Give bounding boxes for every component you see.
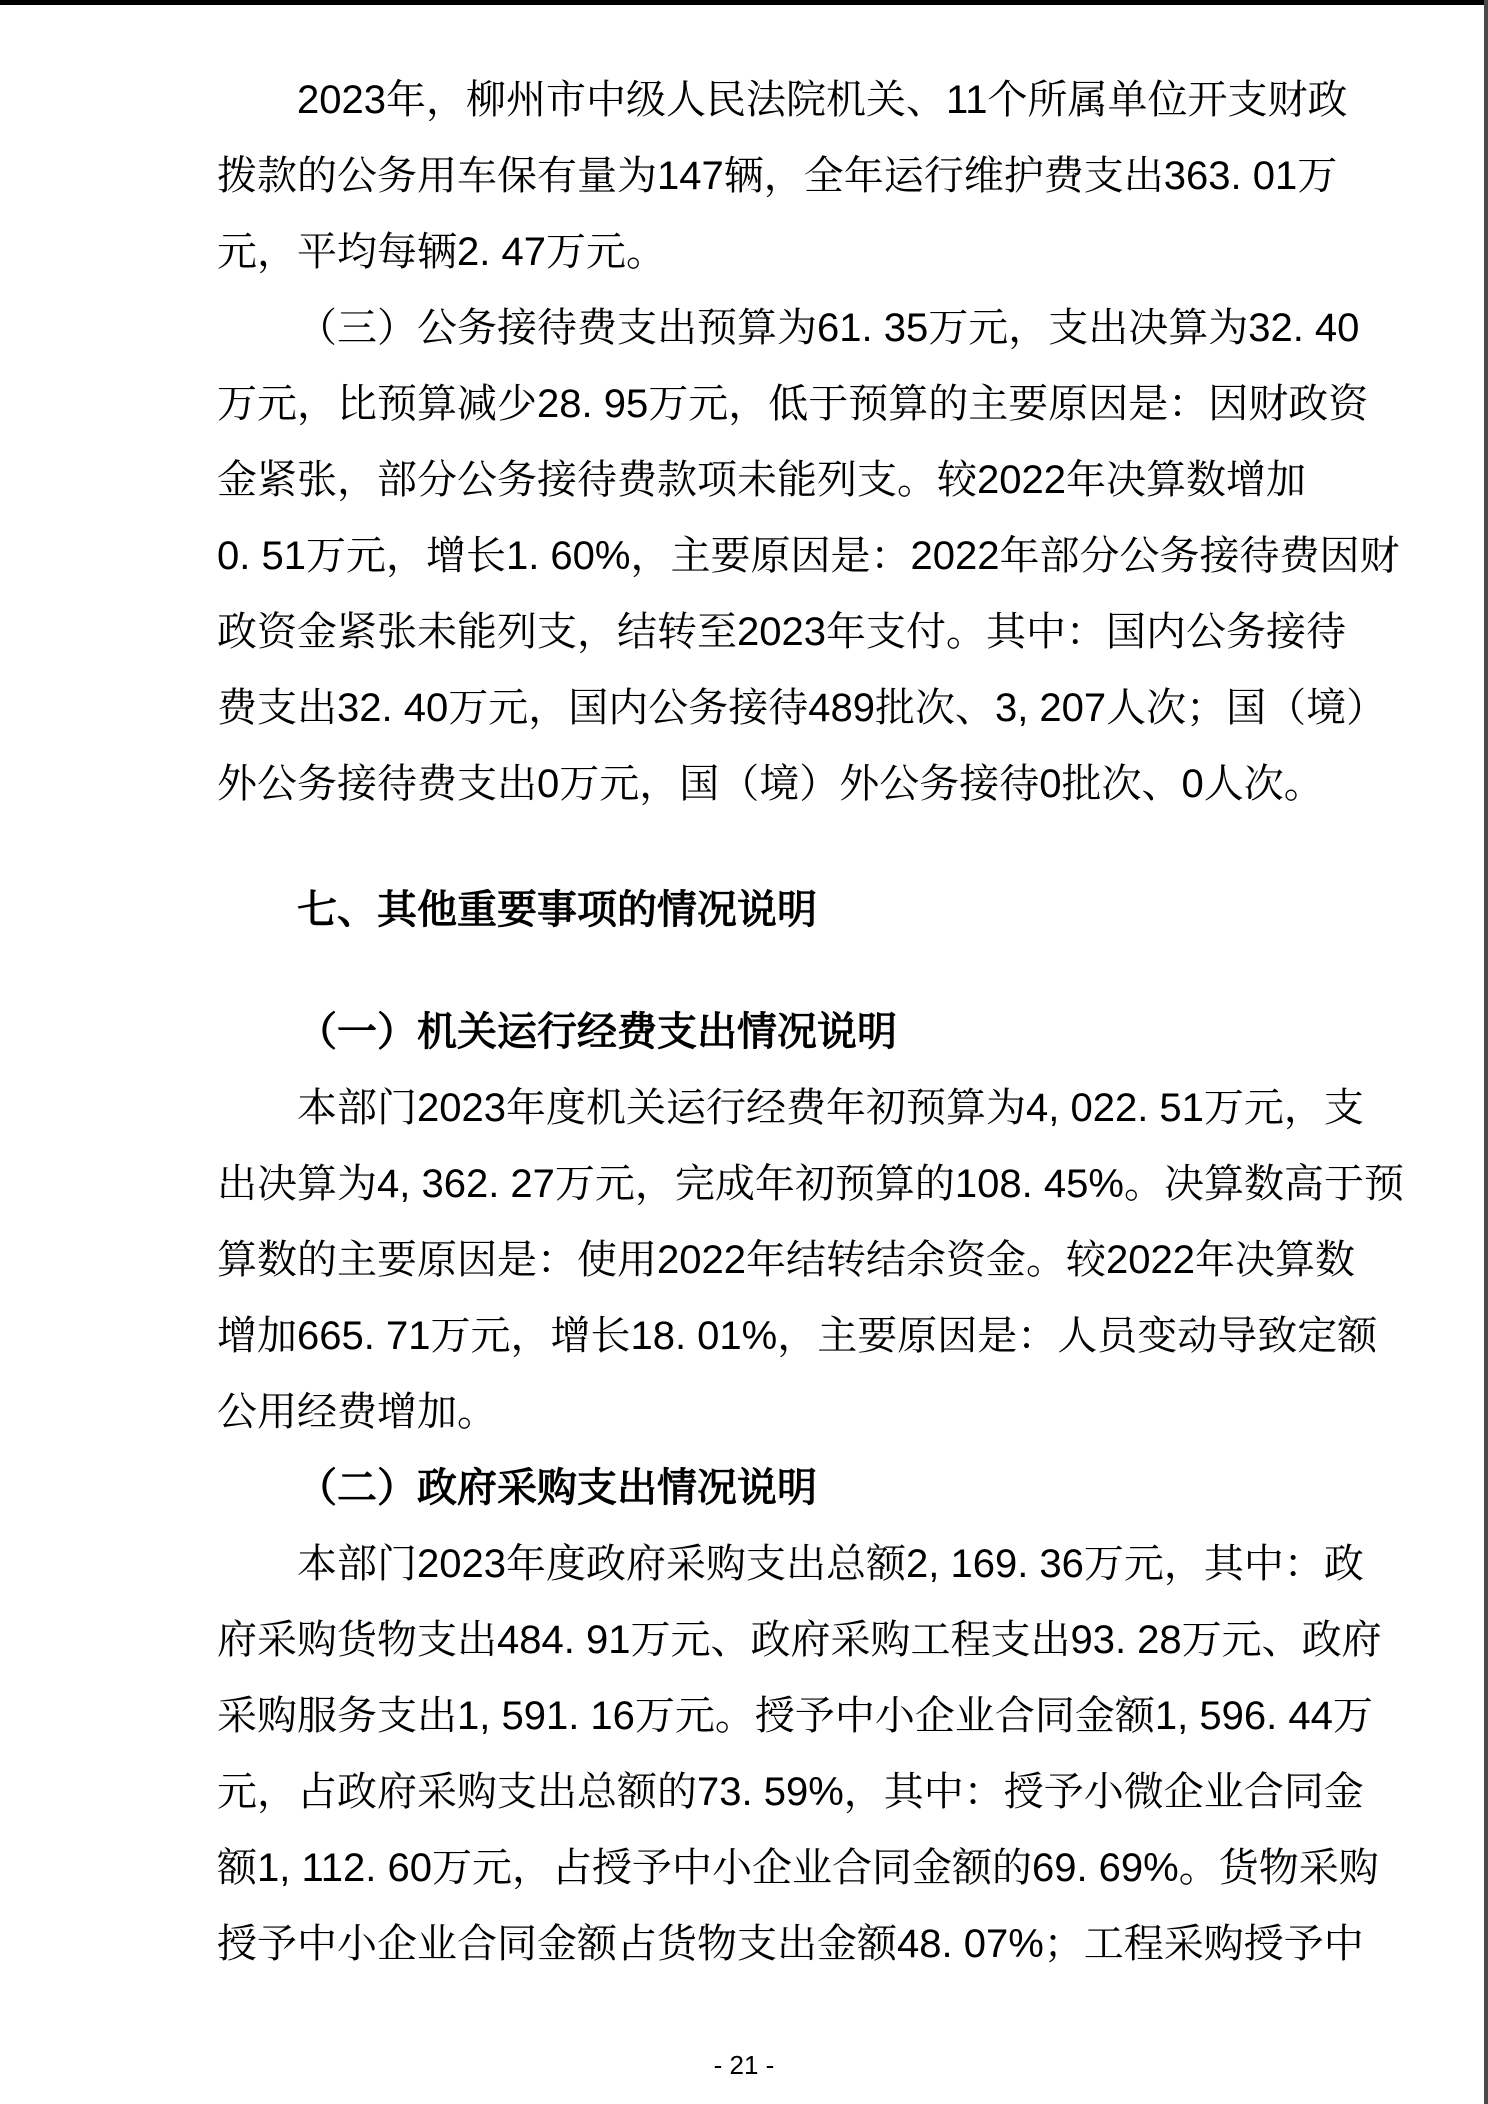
body-line: 府采购货物支出484. 91万元、政府采购工程支出93. 28万元、政府 — [217, 1602, 1352, 1678]
body-line: 元，平均每辆2. 47万元。 — [217, 214, 1352, 290]
body-line: 2023年，柳州市中级人民法院机关、11个所属单位开支财政 — [217, 62, 1352, 138]
body-line: 算数的主要原因是：使用2022年结转结余资金。较2022年决算数 — [217, 1222, 1352, 1298]
body-line: 本部门2023年度政府采购支出总额2, 169. 36万元，其中：政 — [217, 1526, 1352, 1602]
subsection-heading: （二）政府采购支出情况说明 — [217, 1450, 1352, 1526]
top-edge-bar — [0, 0, 1488, 5]
body-line: 元，占政府采购支出总额的73. 59%，其中：授予小微企业合同金 — [217, 1754, 1352, 1830]
section-heading: 七、其他重要事项的情况说明 — [217, 872, 1352, 948]
body-line: 万元，比预算减少28. 95万元，低于预算的主要原因是：因财政资 — [217, 366, 1352, 442]
page-number: - 21 - — [0, 2040, 1488, 2090]
right-edge-line — [1484, 0, 1488, 2104]
body-line: 授予中小企业合同金额占货物支出金额48. 07%；工程采购授予中 — [217, 1906, 1352, 1982]
body-line: 政资金紧张未能列支，结转至2023年支付。其中：国内公务接待 — [217, 594, 1352, 670]
body-line: 金紧张，部分公务接待费款项未能列支。较2022年决算数增加 — [217, 442, 1352, 518]
document-page: 2023年，柳州市中级人民法院机关、11个所属单位开支财政 拨款的公务用车保有量… — [0, 0, 1488, 2104]
document-body: 2023年，柳州市中级人民法院机关、11个所属单位开支财政 拨款的公务用车保有量… — [217, 62, 1352, 1982]
body-line: 额1, 112. 60万元，占授予中小企业合同金额的69. 69%。货物采购 — [217, 1830, 1352, 1906]
body-line: 费支出32. 40万元，国内公务接待489批次、3, 207人次；国（境） — [217, 670, 1352, 746]
body-line: 拨款的公务用车保有量为147辆，全年运行维护费支出363. 01万 — [217, 138, 1352, 214]
body-line: 外公务接待费支出0万元，国（境）外公务接待0批次、0人次。 — [217, 746, 1352, 822]
body-line: 公用经费增加。 — [217, 1374, 1352, 1450]
body-line: 出决算为4, 362. 27万元，完成年初预算的108. 45%。决算数高于预 — [217, 1146, 1352, 1222]
body-line: 0. 51万元，增长1. 60%，主要原因是：2022年部分公务接待费因财 — [217, 518, 1352, 594]
body-line: 本部门2023年度机关运行经费年初预算为4, 022. 51万元，支 — [217, 1070, 1352, 1146]
body-line: 采购服务支出1, 591. 16万元。授予中小企业合同金额1, 596. 44万 — [217, 1678, 1352, 1754]
body-line: 增加665. 71万元，增长18. 01%，主要原因是：人员变动导致定额 — [217, 1298, 1352, 1374]
body-line: （三）公务接待费支出预算为61. 35万元，支出决算为32. 40 — [217, 290, 1352, 366]
subsection-heading: （一）机关运行经费支出情况说明 — [217, 994, 1352, 1070]
